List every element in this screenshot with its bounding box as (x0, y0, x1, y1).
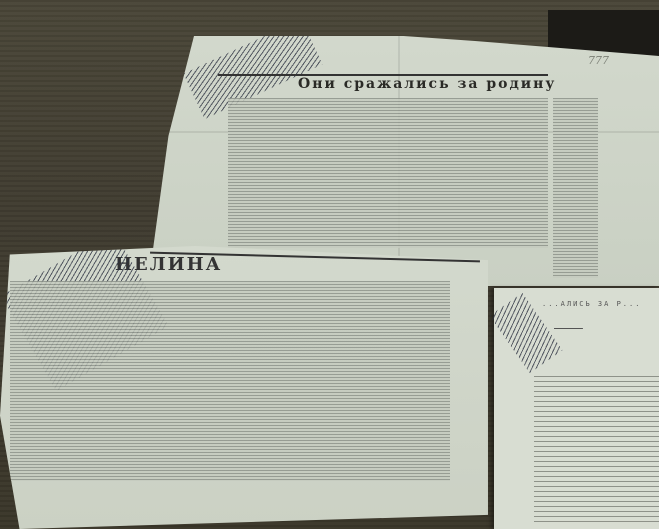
page-mark: 777 (588, 54, 609, 67)
article-text (553, 98, 598, 278)
document-subtitle: ________ (554, 322, 583, 329)
document-title: ...АЛИСЬ ЗА Р... (542, 300, 641, 308)
article-text (10, 281, 450, 481)
newspaper-bottom: НЕЛИНА (0, 246, 488, 529)
typewritten-document: ...АЛИСЬ ЗА Р... ________ (494, 288, 659, 529)
headline: Они сражались за родину (298, 76, 556, 92)
typed-text (534, 376, 659, 526)
article-text (228, 98, 548, 248)
